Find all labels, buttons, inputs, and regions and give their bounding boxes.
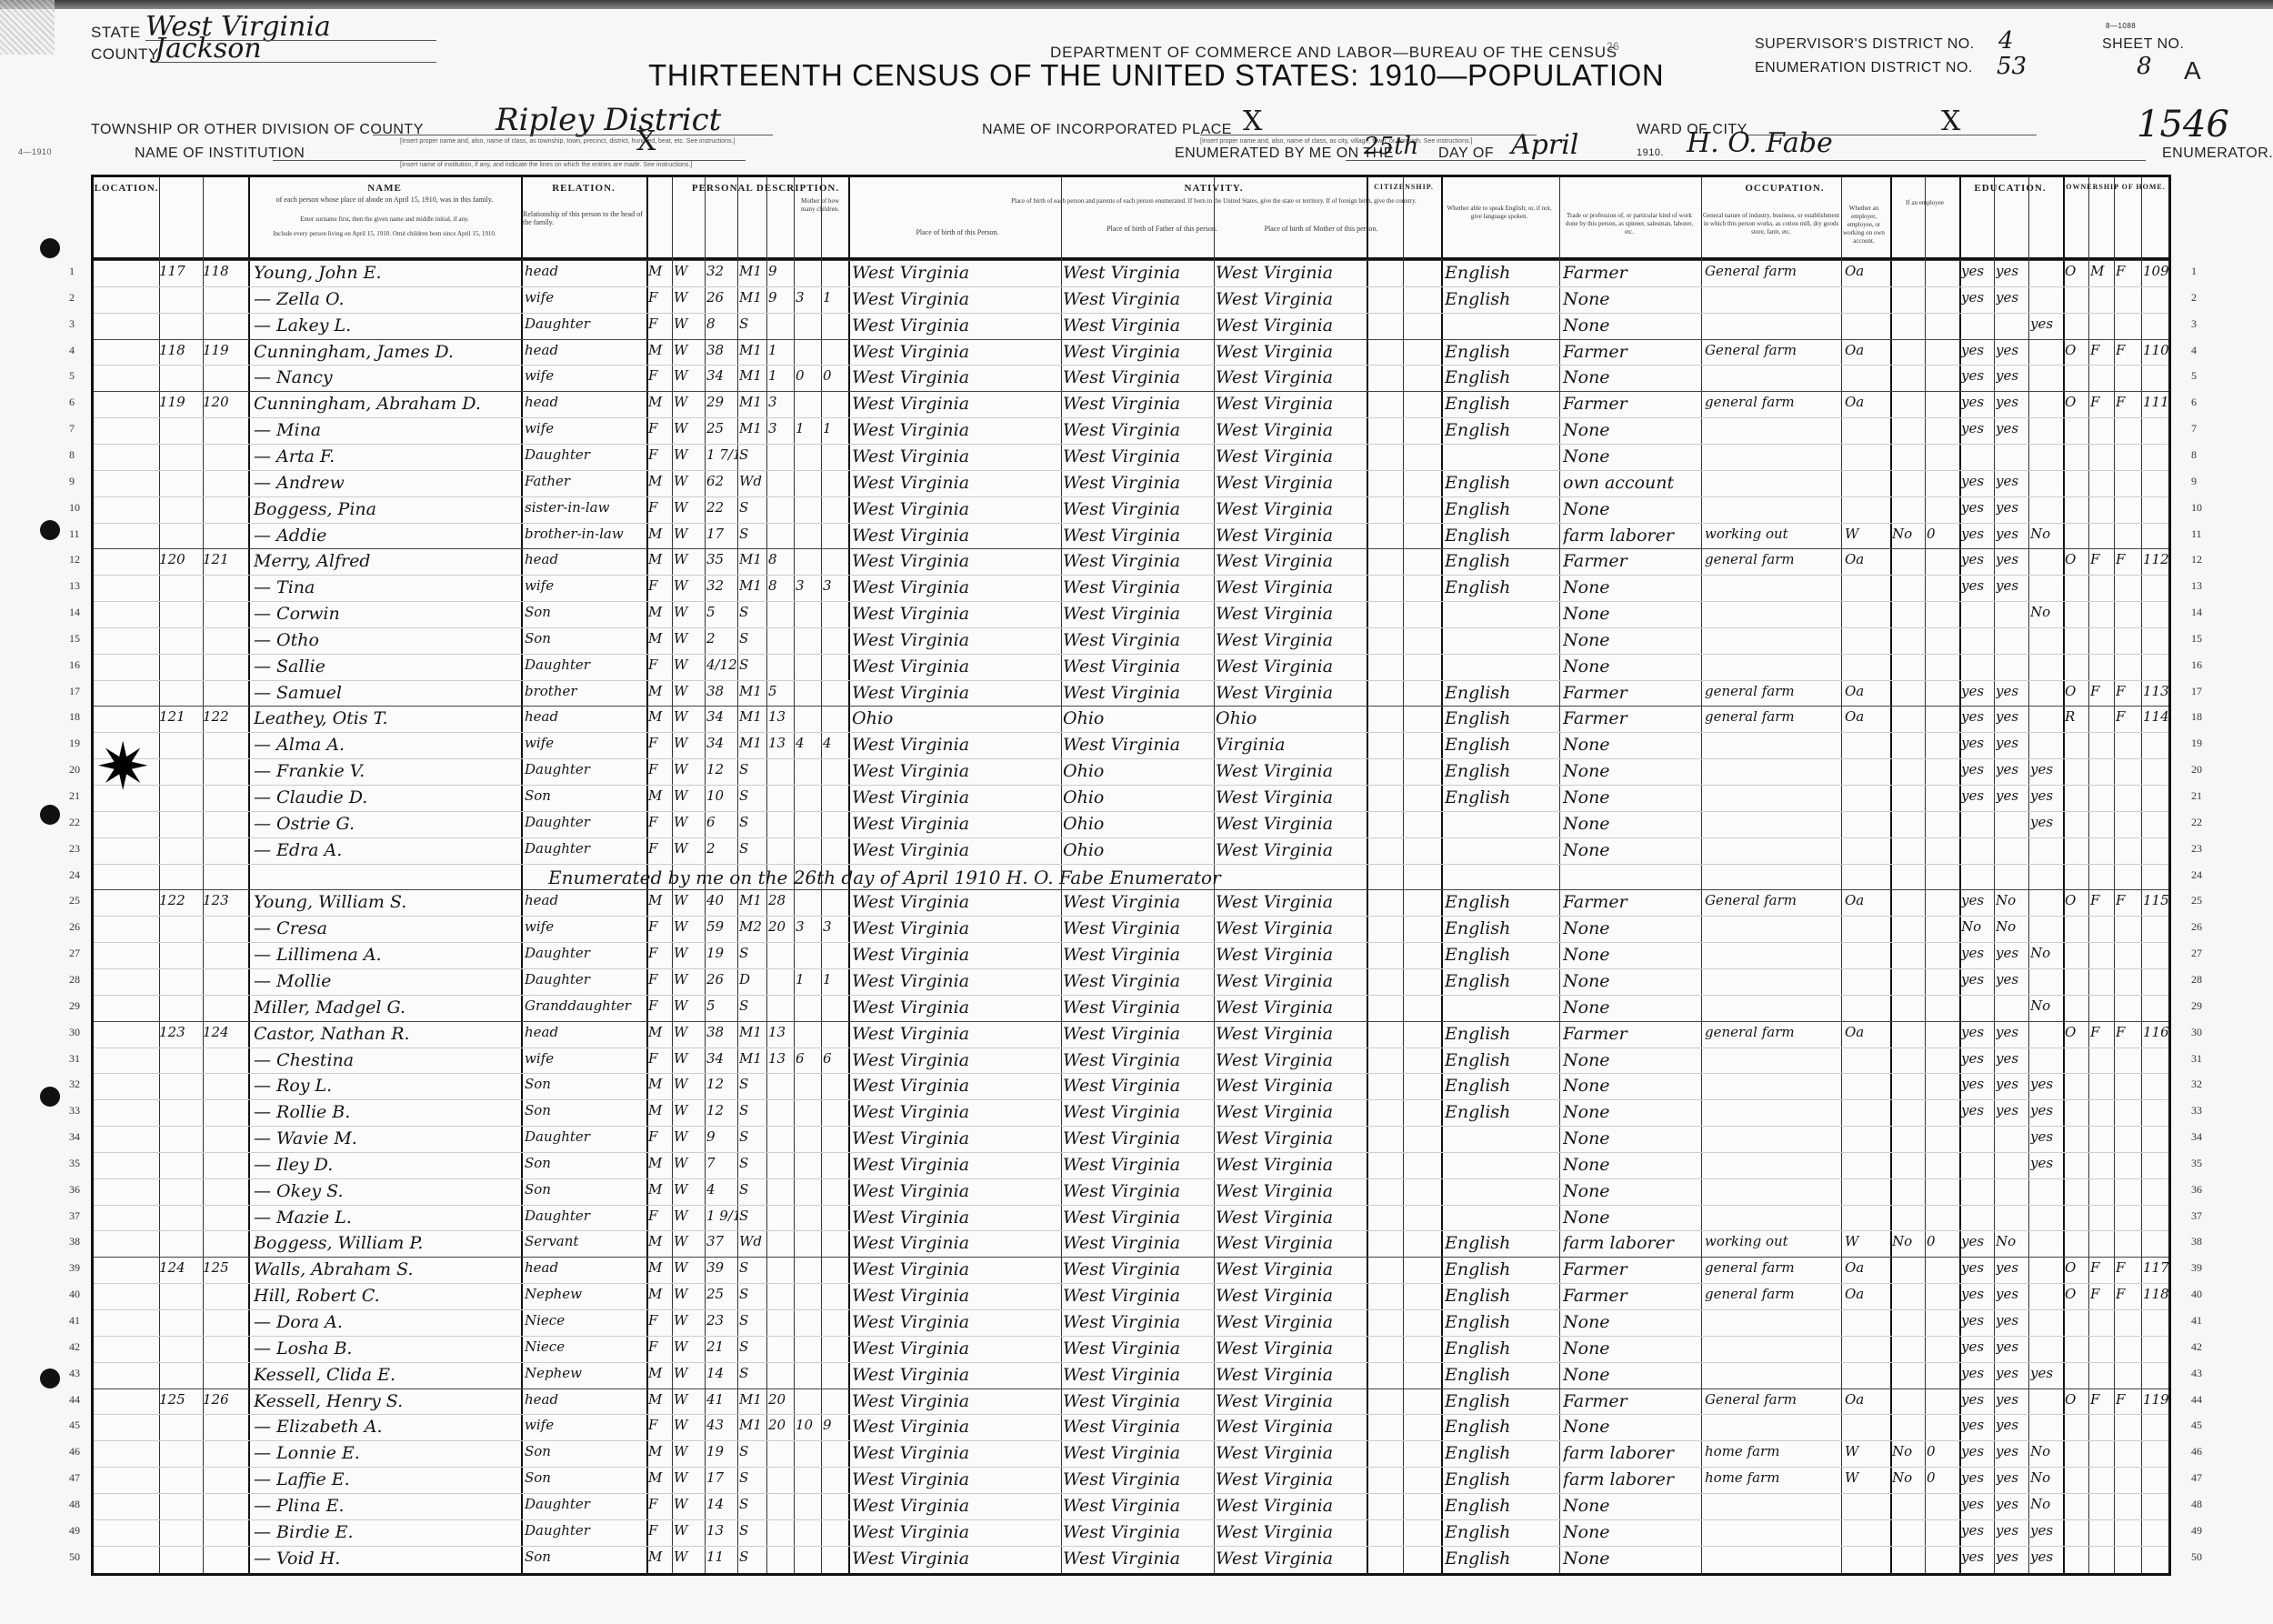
cell-trade: None	[1563, 1312, 1699, 1332]
cell-write: yes	[1996, 1312, 2028, 1328]
cell-age: 17	[706, 526, 737, 542]
cell-marital: S	[739, 526, 766, 542]
cell-relation: Niece	[525, 1338, 645, 1355]
cell-emp: Oa	[1845, 1259, 1888, 1276]
cell-living: 1	[823, 289, 848, 306]
cell-born: 1	[796, 971, 821, 987]
cell-name: — Void H.	[254, 1549, 519, 1569]
column-header-row: LOCATION. NAME of each person whose plac…	[94, 177, 2168, 260]
cell-lang: English	[1445, 1312, 1557, 1332]
cell-trade: None	[1563, 735, 1699, 755]
cell-sex: M	[648, 342, 672, 358]
cell-trade: None	[1563, 1338, 1699, 1358]
table-row: Boggess, William P.ServantMW37WdWest Vir…	[94, 1230, 2168, 1258]
cell-name: Hill, Robert C.	[254, 1286, 519, 1306]
cell-marital: S	[739, 499, 766, 516]
cell-out: No	[1892, 1469, 1923, 1486]
cell-mother: West Virginia	[1216, 1208, 1365, 1228]
cell-mother: West Virginia	[1216, 446, 1365, 466]
cell-relation: Son	[525, 604, 645, 620]
cell-name: Young, William S.	[254, 892, 519, 912]
cell-father: Ohio	[1063, 814, 1212, 834]
cell-birth: West Virginia	[852, 394, 1059, 414]
cell-relation: brother-in-law	[525, 526, 645, 542]
cell-relation: Son	[525, 1181, 645, 1198]
cell-race: W	[674, 263, 703, 279]
cell-own: O	[2065, 551, 2088, 567]
cell-read: yes	[1961, 1024, 1994, 1040]
cell-mother: West Virginia	[1216, 1024, 1365, 1044]
cell-relation: sister-in-law	[525, 499, 645, 516]
cell-mother: West Virginia	[1216, 1522, 1365, 1542]
cell-age: 25	[706, 420, 737, 436]
table-row: — Rollie B.SonMW12SWest VirginiaWest Vir…	[94, 1099, 2168, 1127]
cell-family: 122	[203, 708, 246, 725]
cell-emp: Oa	[1845, 892, 1888, 908]
cell-sex: M	[648, 263, 672, 279]
cell-father: West Virginia	[1063, 394, 1212, 414]
cell-race: W	[674, 971, 703, 987]
table-row: — Plina E.DaughterFW14SWest VirginiaWest…	[94, 1493, 2168, 1520]
cell-marital: D	[739, 971, 766, 987]
table-row: 125126Kessell, Henry S.headMW41M120West …	[94, 1388, 2168, 1416]
cell-read: yes	[1961, 551, 1994, 567]
cell-relation: Son	[525, 787, 645, 804]
cell-school: No	[2030, 604, 2063, 620]
cell-birth: West Virginia	[852, 1391, 1059, 1411]
cell-relation: Daughter	[525, 446, 645, 463]
stamp-26: 26	[1607, 40, 1619, 53]
county-value: Jackson	[155, 33, 262, 65]
cell-race: W	[674, 420, 703, 436]
cell-write: yes	[1996, 787, 2028, 804]
cell-relation: Daughter	[525, 1208, 645, 1224]
cell-relation: head	[525, 342, 645, 358]
cell-living: 6	[823, 1050, 848, 1067]
cell-sched: 109	[2143, 263, 2168, 279]
cell-weeks: 0	[1927, 1469, 1958, 1486]
cell-race: W	[674, 840, 703, 857]
cell-read: yes	[1961, 367, 1994, 384]
cell-name: — Dora A.	[254, 1312, 519, 1332]
cell-relation: Nephew	[525, 1286, 645, 1302]
cell-name: Kessell, Henry S.	[254, 1391, 519, 1411]
cell-marital: S	[739, 1128, 766, 1145]
cell-farm: F	[2116, 1286, 2141, 1302]
institution-value: X	[636, 125, 656, 157]
table-row: — Roy L.SonMW12SWest VirginiaWest Virgin…	[94, 1073, 2168, 1100]
cell-father: West Virginia	[1063, 918, 1212, 938]
line-number: 25	[2191, 894, 2202, 907]
cell-lang: English	[1445, 1443, 1557, 1463]
line-number: 13	[69, 579, 80, 593]
employer-heading: Whether an employer, employee, or workin…	[1841, 205, 1887, 246]
cell-mother: West Virginia	[1216, 1365, 1365, 1385]
language-heading: Whether able to speak English; or, if no…	[1441, 205, 1557, 221]
cell-name: — Rollie B.	[254, 1102, 519, 1122]
line-number: 7	[2191, 422, 2197, 436]
cell-marital: S	[739, 945, 766, 961]
cell-free: F	[2090, 551, 2114, 567]
cell-birth: West Virginia	[852, 551, 1059, 571]
cell-age: 5	[706, 997, 737, 1014]
cell-sched: 113	[2143, 683, 2168, 699]
table-row: — Frankie V.DaughterFW12SWest VirginiaOh…	[94, 758, 2168, 786]
cell-born: 3	[796, 577, 821, 594]
education-heading: EDUCATION.	[1958, 183, 2063, 194]
line-number: 29	[2191, 999, 2202, 1013]
cell-relation: Servant	[525, 1233, 645, 1249]
cell-name: — Chestina	[254, 1050, 519, 1070]
line-number: 30	[69, 1026, 80, 1039]
cell-born: 6	[796, 1050, 821, 1067]
cell-race: W	[674, 446, 703, 463]
cell-trade: None	[1563, 1365, 1699, 1385]
cell-race: W	[674, 367, 703, 384]
cell-race: W	[674, 708, 703, 725]
cell-write: yes	[1996, 1024, 2028, 1040]
table-row: Enumerated by me on the 26th day of Apri…	[94, 864, 2168, 891]
cell-mother: West Virginia	[1216, 1443, 1365, 1463]
cell-read: yes	[1961, 1076, 1994, 1092]
cell-trade: None	[1563, 1522, 1699, 1542]
cell-mother: West Virginia	[1216, 499, 1365, 519]
cell-school: No	[2030, 1443, 2063, 1459]
cell-mother: West Virginia	[1216, 1181, 1365, 1201]
cell-race: W	[674, 499, 703, 516]
cell-name: — Ostrie G.	[254, 814, 519, 834]
cell-relation: Daughter	[525, 1522, 645, 1539]
cell-mother: West Virginia	[1216, 1549, 1365, 1569]
cell-sex: M	[648, 551, 672, 567]
cell-sex: M	[648, 892, 672, 908]
cell-father: West Virginia	[1063, 1417, 1212, 1437]
line-number: 19	[69, 737, 80, 750]
cell-name: — Lillimena A.	[254, 945, 519, 965]
cell-write: yes	[1996, 683, 2028, 699]
cell-race: W	[674, 918, 703, 935]
cell-family: 120	[203, 394, 246, 410]
cell-emp: Oa	[1845, 551, 1888, 567]
line-number: 47	[69, 1471, 80, 1485]
cell-relation: Daughter	[525, 761, 645, 777]
cell-relation: Son	[525, 1469, 645, 1486]
sheet-number: 8	[2137, 53, 2152, 80]
cell-race: W	[674, 1102, 703, 1118]
cell-write: yes	[1996, 1365, 2028, 1381]
cell-name: — Addie	[254, 526, 519, 546]
cell-age: 19	[706, 1443, 737, 1459]
cell-name: Leathey, Otis T.	[254, 708, 519, 728]
cell-sex: F	[648, 446, 672, 463]
cell-name: — Okey S.	[254, 1181, 519, 1201]
cell-race: W	[674, 394, 703, 410]
line-number: 43	[2191, 1367, 2202, 1380]
cell-relation: Niece	[525, 1312, 645, 1328]
cell-dwelling: 117	[159, 263, 201, 279]
cell-sched: 119	[2143, 1391, 2168, 1408]
line-number: 23	[2191, 842, 2202, 856]
cell-race: W	[674, 577, 703, 594]
cell-lang: English	[1445, 577, 1557, 597]
line-number: 31	[2191, 1052, 2202, 1066]
line-number: 49	[69, 1524, 80, 1538]
cell-trade: None	[1563, 367, 1699, 387]
cell-lang: English	[1445, 787, 1557, 807]
cell-sex: M	[648, 787, 672, 804]
industry-heading: General nature of industry, business, or…	[1703, 212, 1839, 236]
cell-write: yes	[1996, 1469, 2028, 1486]
table-row: 120121Merry, AlfredheadMW35M18West Virgi…	[94, 548, 2168, 576]
cell-living: 1	[823, 420, 848, 436]
cell-lang: English	[1445, 892, 1557, 912]
cell-birth: West Virginia	[852, 1365, 1059, 1385]
cell-emp: Oa	[1845, 1286, 1888, 1302]
cell-born: 3	[796, 918, 821, 935]
cell-marital: S	[739, 1549, 766, 1565]
table-row: — Void H.SonMW11SWest VirginiaWest Virgi…	[94, 1546, 2168, 1573]
cell-lang: English	[1445, 499, 1557, 519]
cell-mother: West Virginia	[1216, 997, 1365, 1018]
cell-industry: general farm	[1705, 551, 1839, 567]
cell-emp: W	[1845, 526, 1888, 542]
cell-race: W	[674, 787, 703, 804]
cell-years: 1	[768, 367, 794, 384]
cell-sex: F	[648, 814, 672, 830]
cell-race: W	[674, 630, 703, 647]
cell-years: 20	[768, 1391, 794, 1408]
cell-father: West Virginia	[1063, 473, 1212, 493]
form-code: 8—1088	[2106, 22, 2136, 30]
cell-lang: English	[1445, 1338, 1557, 1358]
line-number: 23	[69, 842, 80, 856]
cell-marital: S	[739, 657, 766, 673]
cell-father: West Virginia	[1063, 1469, 1212, 1489]
ward-value: X	[1941, 105, 1960, 137]
cell-age: 34	[706, 708, 737, 725]
cell-sex: F	[648, 945, 672, 961]
cell-read: yes	[1961, 1496, 1994, 1512]
cell-age: 26	[706, 971, 737, 987]
line-number: 9	[69, 475, 75, 488]
cell-birth: West Virginia	[852, 997, 1059, 1018]
cell-lang: English	[1445, 1050, 1557, 1070]
cell-industry: general farm	[1705, 1024, 1839, 1040]
cell-father: West Virginia	[1063, 1391, 1212, 1411]
cell-mother: West Virginia	[1216, 761, 1365, 781]
line-number: 25	[69, 894, 80, 907]
cell-sex: F	[648, 1050, 672, 1067]
cell-write: yes	[1996, 945, 2028, 961]
cell-marital: M1	[739, 367, 766, 384]
cell-trade: None	[1563, 1050, 1699, 1070]
cell-marital: M1	[739, 420, 766, 436]
cell-trade: own account	[1563, 473, 1699, 493]
cell-name: — Frankie V.	[254, 761, 519, 781]
cell-trade: Farmer	[1563, 683, 1699, 703]
cell-age: 34	[706, 1050, 737, 1067]
table-row: Boggess, Pinasister-in-lawFW22SWest Virg…	[94, 496, 2168, 524]
cell-family: 124	[203, 1024, 246, 1040]
cell-own: O	[2065, 1391, 2088, 1408]
cell-name: — Zella O.	[254, 289, 519, 309]
cell-father: West Virginia	[1063, 1024, 1212, 1044]
table-row: — Edra A.DaughterFW2SWest VirginiaOhioWe…	[94, 837, 2168, 865]
cell-birth: West Virginia	[852, 1312, 1059, 1332]
cell-trade: None	[1563, 761, 1699, 781]
line-number: 42	[69, 1340, 80, 1354]
line-number: 31	[69, 1052, 80, 1066]
cell-age: 11	[706, 1549, 737, 1565]
cell-own: O	[2065, 1259, 2088, 1276]
cell-sex: M	[648, 604, 672, 620]
cell-school: yes	[2030, 761, 2063, 777]
cell-father: West Virginia	[1063, 1102, 1212, 1122]
cell-age: 14	[706, 1496, 737, 1512]
cell-relation: Nephew	[525, 1365, 645, 1381]
cell-age: 17	[706, 1469, 737, 1486]
table-row: — Birdie E.DaughterFW13SWest VirginiaWes…	[94, 1519, 2168, 1547]
cell-write: yes	[1996, 735, 2028, 751]
cell-sex: F	[648, 1496, 672, 1512]
cell-relation: Daughter	[525, 1496, 645, 1512]
cell-sex: F	[648, 1522, 672, 1539]
cell-race: W	[674, 551, 703, 567]
cell-father: West Virginia	[1063, 1076, 1212, 1096]
cell-name: — Sallie	[254, 657, 519, 677]
county-underline	[155, 62, 436, 63]
census-sheet: LOCATION. NAME of each person whose plac…	[91, 175, 2171, 1576]
cell-mother: West Virginia	[1216, 473, 1365, 493]
occupation-heading: OCCUPATION.	[1559, 183, 2010, 194]
punch-hole	[40, 1087, 60, 1107]
cell-born: 4	[796, 735, 821, 751]
cell-lang: English	[1445, 708, 1557, 728]
cell-father: West Virginia	[1063, 1365, 1212, 1385]
cell-age: 1 9/12	[706, 1208, 737, 1224]
cell-school: No	[2030, 526, 2063, 542]
star-marker-icon: ✷	[95, 735, 150, 800]
cell-relation: wife	[525, 367, 645, 384]
cell-father: West Virginia	[1063, 1443, 1212, 1463]
cell-free: F	[2090, 394, 2114, 410]
sheet-side: A	[2184, 56, 2201, 85]
cell-write: No	[1996, 1233, 2028, 1249]
line-number: 46	[2191, 1445, 2202, 1459]
citizenship-heading: CITIZENSHIP.	[1367, 183, 1440, 191]
cell-birth: West Virginia	[852, 735, 1059, 755]
cell-mother: West Virginia	[1216, 814, 1365, 834]
cell-marital: S	[739, 997, 766, 1014]
cell-sched: 111	[2143, 394, 2168, 410]
cell-lang: English	[1445, 473, 1557, 493]
cell-trade: None	[1563, 1155, 1699, 1175]
cell-relation: head	[525, 394, 645, 410]
cell-industry: general farm	[1705, 394, 1839, 410]
cell-marital: S	[739, 1155, 766, 1171]
cell-out: No	[1892, 526, 1923, 542]
cell-own: O	[2065, 892, 2088, 908]
punch-hole	[40, 520, 60, 540]
cell-school: No	[2030, 1469, 2063, 1486]
cell-read: yes	[1961, 289, 1994, 306]
line-number: 16	[2191, 658, 2202, 672]
cell-marital: S	[739, 630, 766, 647]
line-number: 50	[2191, 1550, 2202, 1564]
cell-emp: Oa	[1845, 342, 1888, 358]
cell-birth: West Virginia	[852, 1128, 1059, 1148]
cell-age: 39	[706, 1259, 737, 1276]
line-number: 46	[69, 1445, 80, 1459]
cell-name: — Samuel	[254, 683, 519, 703]
cell-father: West Virginia	[1063, 1312, 1212, 1332]
punch-hole	[40, 1368, 60, 1388]
cell-name: — Mollie	[254, 971, 519, 991]
cell-school: yes	[2030, 814, 2063, 830]
cell-lang: English	[1445, 289, 1557, 309]
line-number: 28	[2191, 973, 2202, 987]
line-number: 36	[2191, 1183, 2202, 1197]
cell-years: 1	[768, 342, 794, 358]
cell-relation: Son	[525, 1155, 645, 1171]
cell-lang: English	[1445, 1417, 1557, 1437]
cell-father: West Virginia	[1063, 1050, 1212, 1070]
cell-relation: Son	[525, 1076, 645, 1092]
cell-relation: Daughter	[525, 814, 645, 830]
cell-write: yes	[1996, 577, 2028, 594]
cell-write: yes	[1996, 971, 2028, 987]
cell-age: 26	[706, 289, 737, 306]
line-number: 33	[69, 1104, 80, 1118]
cell-age: 1 7/12	[706, 446, 737, 463]
line-number: 45	[69, 1418, 80, 1432]
cell-marital: M1	[739, 342, 766, 358]
cell-mother: West Virginia	[1216, 1417, 1365, 1437]
line-number: 38	[69, 1235, 80, 1248]
line-number: 4	[2191, 344, 2197, 357]
line-number: 5	[69, 369, 75, 383]
cell-lang: English	[1445, 1391, 1557, 1411]
cell-read: yes	[1961, 761, 1994, 777]
line-number: 12	[2191, 553, 2202, 566]
cell-trade: None	[1563, 657, 1699, 677]
cell-birth: West Virginia	[852, 1181, 1059, 1201]
cell-mother: West Virginia	[1216, 1050, 1365, 1070]
line-number: 41	[69, 1314, 80, 1328]
cell-birth: West Virginia	[852, 918, 1059, 938]
table-row: — Lonnie E.SonMW19SWest VirginiaWest Vir…	[94, 1440, 2168, 1468]
cell-industry: home farm	[1705, 1469, 1839, 1486]
line-number: 49	[2191, 1524, 2202, 1538]
cell-birth: West Virginia	[852, 316, 1059, 336]
cell-read: yes	[1961, 1286, 1994, 1302]
cell-race: W	[674, 1522, 703, 1539]
cell-birth: West Virginia	[852, 1338, 1059, 1358]
cell-race: W	[674, 526, 703, 542]
cell-born: 3	[796, 289, 821, 306]
line-number: 18	[69, 710, 80, 724]
cell-trade: None	[1563, 787, 1699, 807]
table-row: 121122Leathey, Otis T.headMW34M113OhioOh…	[94, 706, 2168, 733]
cell-lang: English	[1445, 945, 1557, 965]
cell-relation: head	[525, 892, 645, 908]
cell-name: Cunningham, James D.	[254, 342, 519, 362]
cell-farm: F	[2116, 1024, 2141, 1040]
cell-age: 4	[706, 1181, 737, 1198]
cell-mother: West Virginia	[1216, 683, 1365, 703]
cell-lang: English	[1445, 683, 1557, 703]
cell-trade: None	[1563, 604, 1699, 624]
